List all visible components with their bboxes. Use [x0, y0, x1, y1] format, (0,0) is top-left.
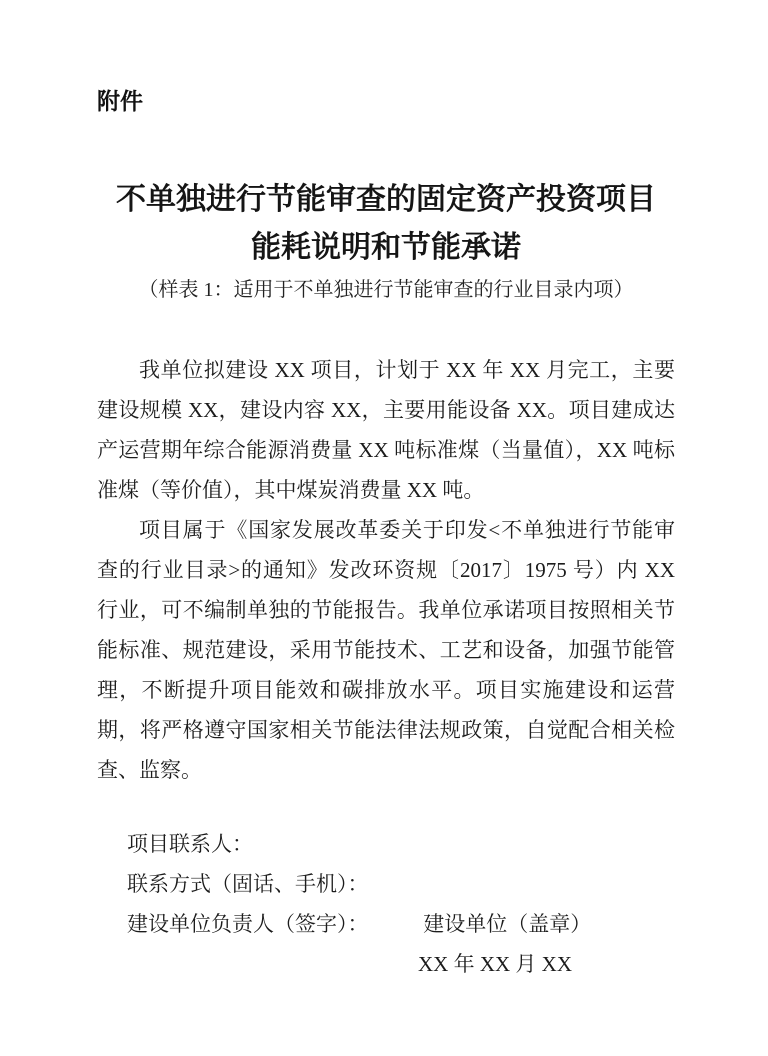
title-line-2: 能耗说明和节能承诺: [97, 224, 675, 272]
unit-seal-label: 建设单位（盖章）: [423, 912, 591, 936]
date-line: XX 年 XX 月 XX: [97, 944, 675, 984]
document-body: 我单位拟建设 XX 项目，计划于 XX 年 XX 月完工，主要建设规模 XX，建…: [97, 350, 675, 790]
body-paragraph-1: 我单位拟建设 XX 项目，计划于 XX 年 XX 月完工，主要建设规模 XX，建…: [97, 350, 675, 510]
document-subtitle: （样表 1：适用于不单独进行节能审查的行业目录内项）: [97, 275, 675, 305]
attachment-label: 附件: [97, 88, 675, 114]
contact-person-line: 项目联系人：: [97, 824, 675, 864]
document-title: 不单独进行节能审查的固定资产投资项目 能耗说明和节能承诺: [97, 176, 675, 272]
responsible-person-label: 建设单位负责人（签字）：: [127, 904, 418, 944]
document-page: 附件 不单独进行节能审查的固定资产投资项目 能耗说明和节能承诺 （样表 1：适用…: [0, 0, 768, 1056]
signature-block: 项目联系人： 联系方式（固话、手机）： 建设单位负责人（签字）： 建设单位（盖章…: [97, 824, 675, 984]
responsible-and-seal-line: 建设单位负责人（签字）： 建设单位（盖章）: [97, 904, 675, 944]
body-paragraph-2: 项目属于《国家发展改革委关于印发<不单独进行节能审查的行业目录>的通知》发改环资…: [97, 510, 675, 790]
title-line-1: 不单独进行节能审查的固定资产投资项目: [97, 176, 675, 224]
contact-method-line: 联系方式（固话、手机）：: [97, 864, 675, 904]
